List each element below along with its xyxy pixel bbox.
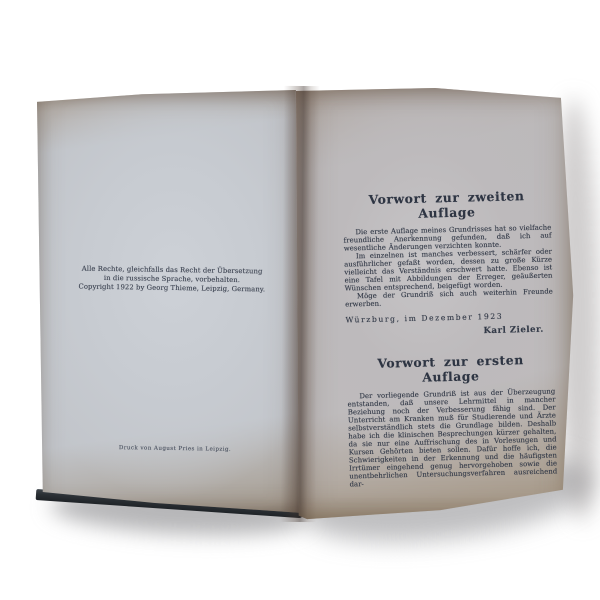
right-page: Vorwort zur zweiten Auflage Die erste Au… <box>296 88 574 520</box>
preface-paragraph: Der vorliegende Grundriß ist aus der Übe… <box>347 387 557 488</box>
second-edition-preface-heading: Vorwort zur zweiten Auflage <box>342 188 551 223</box>
author-signature: Karl Zieler. <box>346 324 554 339</box>
open-book-photo: Alle Rechte, gleichfalls das Recht der Ü… <box>0 0 600 600</box>
copyright-notice: Alle Rechte, gleichfalls das Recht der Ü… <box>57 264 287 294</box>
first-edition-preface-section: Vorwort zur ersten Auflage Der vorliegen… <box>346 351 557 488</box>
preface-text-block: Vorwort zur zweiten Auflage Die erste Au… <box>342 188 557 489</box>
dateline: Würzburg, im Dezember 1923 <box>345 310 553 324</box>
first-edition-preface-heading: Vorwort zur ersten Auflage <box>346 351 555 386</box>
left-page: Alle Rechte, gleichfalls das Recht der Ü… <box>37 90 299 514</box>
preface-paragraph: Im einzelnen ist manches verbessert, sch… <box>344 247 553 292</box>
printer-imprint: Druck von August Pries in Leipzig. <box>95 445 255 454</box>
